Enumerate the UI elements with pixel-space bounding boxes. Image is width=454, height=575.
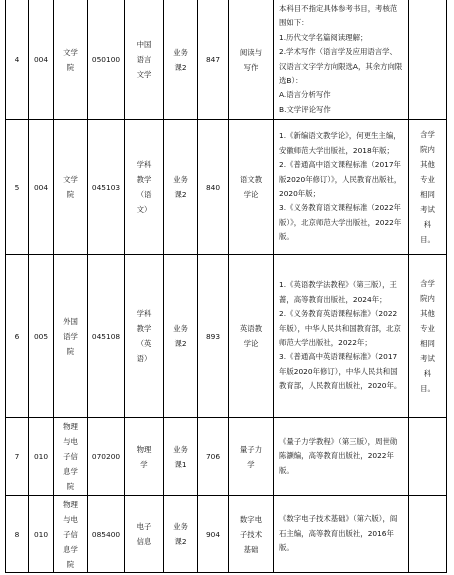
subject-code-cell: 706 [198,418,229,496]
school-code-cell: 010 [29,496,54,573]
subject-cell: 数字电子技术基础 [229,496,274,573]
subject-code-cell: 840 [198,120,229,255]
reference-line: 1.《新编语文教学论》，何更生主编，安徽师范大学出版社，2018年版； [279,129,403,158]
major-code-cell: 050100 [88,0,125,120]
subject-code-cell: 893 [198,255,229,418]
seq-cell: 4 [6,0,29,120]
reference-line: 1.《英语教学法教程》（第三版），王蔷，高等教育出版社，2024年； [279,278,403,307]
subject-code-cell: 904 [198,496,229,573]
major-code-cell: 045103 [88,120,125,255]
subject-code-cell: 847 [198,0,229,120]
exam-type-cell: 业务课2 [164,0,198,120]
table-row: 7 010 物理与电子信息学院 070200 物理学 业务课1 706 量子力学… [6,418,447,496]
note-cell [409,0,447,120]
seq-cell: 5 [6,120,29,255]
reference-line: 《数字电子技术基础》（第六版），阎石主编，高等教育出版社，2016年版。 [279,512,403,555]
reference-line: 2.学术写作（语言学及应用语言学、汉语言文字学方向限选A，其余方向限选B）： [279,45,403,88]
note-cell [409,418,447,496]
school-cell: 文学院 [54,0,88,120]
major-code-cell: 085400 [88,496,125,573]
seq-cell: 8 [6,496,29,573]
note-cell [409,496,447,573]
reference-line: 3.《普通高中英语课程标准》（2017年版2020年修订），中华人民共和国教育部… [279,350,403,393]
references-cell: 1.《新编语文教学论》，何更生主编，安徽师范大学出版社，2018年版； 2.《普… [274,120,409,255]
references-cell: 1.《英语教学法教程》（第三版），王蔷，高等教育出版社，2024年； 2.《义务… [274,255,409,418]
major-cell: 学科教学（英语） [125,255,164,418]
major-code-cell: 070200 [88,418,125,496]
subject-cell: 语文教学论 [229,120,274,255]
major-cell: 中国语言文学 [125,0,164,120]
table-row: 4 004 文学院 050100 中国语言文学 业务课2 847 阅读与写作 本… [6,0,447,120]
reference-line: 3.《义务教育语文课程标准（2022年版）》，北京师范大学出版社，2022年版。 [279,201,403,244]
exam-type-cell: 业务课2 [164,120,198,255]
school-code-cell: 010 [29,418,54,496]
seq-cell: 7 [6,418,29,496]
school-code-cell: 005 [29,255,54,418]
references-cell: 《量子力学教程》（第三版），周世勋 陈灏编，高等教育出版社，2022年版。 [274,418,409,496]
major-code-cell: 045108 [88,255,125,418]
school-cell: 文学院 [54,120,88,255]
school-cell: 物理与电子信息学院 [54,418,88,496]
school-cell: 物理与电子信息学院 [54,496,88,573]
school-code-cell: 004 [29,120,54,255]
note-cell: 含学院内其他专业相同考试科目。 [409,255,447,418]
exam-catalog-table: 4 004 文学院 050100 中国语言文学 业务课2 847 阅读与写作 本… [5,0,447,573]
table-row: 8 010 物理与电子信息学院 085400 电子信息 业务课2 904 数字电… [6,496,447,573]
major-cell: 学科教学（语文） [125,120,164,255]
note-cell: 含学院内其他专业相同考试科目。 [409,120,447,255]
school-cell: 外国语学院 [54,255,88,418]
subject-cell: 阅读与写作 [229,0,274,120]
major-cell: 电子信息 [125,496,164,573]
reference-line: 1.历代文学名篇阅读理解； [279,31,403,45]
references-cell: 《数字电子技术基础》（第六版），阎石主编，高等教育出版社，2016年版。 [274,496,409,573]
exam-type-cell: 业务课1 [164,418,198,496]
exam-type-cell: 业务课2 [164,496,198,573]
subject-cell: 英语教学论 [229,255,274,418]
table-row: 6 005 外国语学院 045108 学科教学（英语） 业务课2 893 英语教… [6,255,447,418]
table-row: 5 004 文学院 045103 学科教学（语文） 业务课2 840 语文教学论… [6,120,447,255]
references-cell: 本科目不指定具体参考书目，考核范围如下： 1.历代文学名篇阅读理解； 2.学术写… [274,0,409,120]
subject-cell: 量子力学 [229,418,274,496]
exam-type-cell: 业务课2 [164,255,198,418]
seq-cell: 6 [6,255,29,418]
school-code-cell: 004 [29,0,54,120]
reference-line: B.文学评论写作 [279,103,403,117]
reference-line: 《量子力学教程》（第三版），周世勋 陈灏编，高等教育出版社，2022年版。 [279,435,403,478]
reference-line: 2.《普通高中语文课程标准（2017年版2020年修订）》，人民教育出版社，20… [279,158,403,201]
reference-line: 本科目不指定具体参考书目，考核范围如下： [279,2,403,31]
reference-line: A.语言分析写作 [279,88,403,102]
reference-line: 2.《义务教育英语课程标准》（2022年版），中华人民共和国教育部，北京师范大学… [279,307,403,350]
major-cell: 物理学 [125,418,164,496]
